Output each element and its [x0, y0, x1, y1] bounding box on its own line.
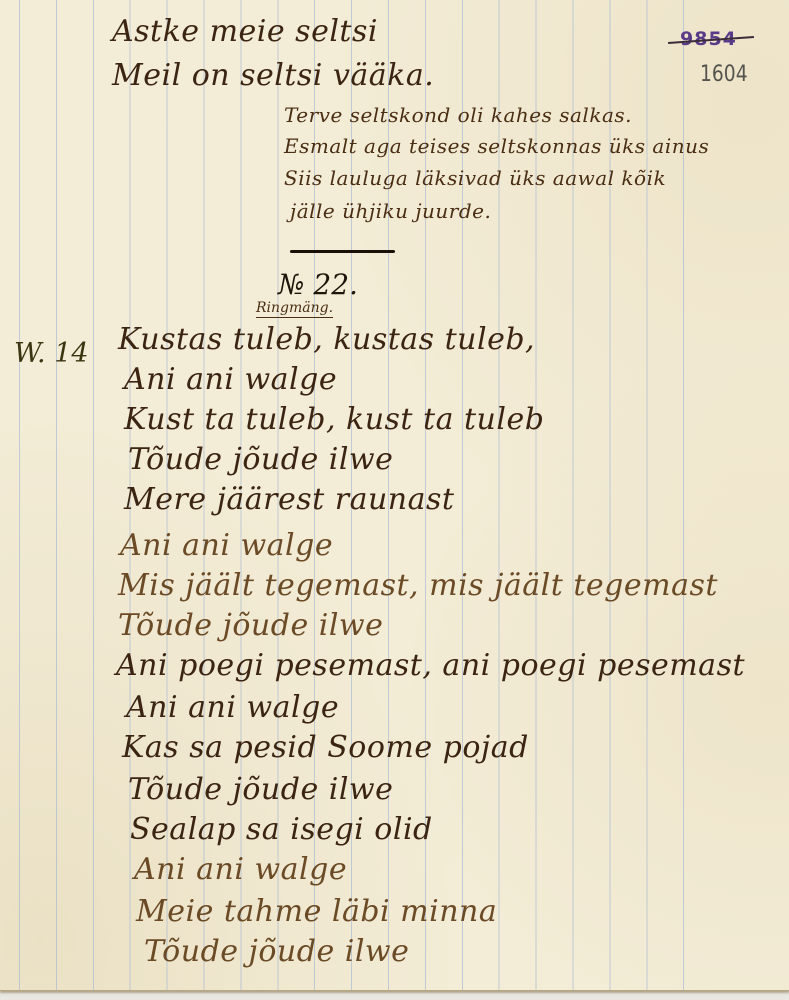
song-line: Ani ani walge: [120, 528, 333, 563]
note-line: Terve seltskond oli kahes salkas.: [284, 103, 632, 127]
song-line: Tõude jõude ilwe: [128, 442, 393, 477]
song-line: Ani ani walge: [134, 852, 347, 887]
song-line: Ani ani walge: [124, 362, 337, 397]
note-line: Siis lauluga läksivad üks aawal kõik: [284, 166, 666, 190]
pencil-page-number: 1604: [700, 62, 748, 87]
song-number: № 22.: [278, 268, 358, 301]
song-line: Meie tahme läbi minna: [136, 894, 497, 929]
song-line: Ani poegi pesemast, ani poegi pesemast: [116, 648, 745, 683]
note-line: Esmalt aga teises seltskonnas üks ainus: [284, 134, 709, 158]
song-line: Tõude jõude ilwe: [118, 608, 383, 643]
verse-line: Meil on seltsi vääka.: [112, 58, 434, 93]
song-line: Tõude jõude ilwe: [144, 934, 409, 969]
song-line: Mis jäält tegemast, mis jäält tegemast: [118, 568, 718, 603]
note-line: jälle ühjiku juurde.: [290, 199, 491, 223]
song-line: Sealap sa isegi olid: [130, 812, 433, 847]
song-line: Kustas tuleb, kustas tuleb,: [118, 322, 535, 357]
verse-line: Astke meie seltsi: [112, 14, 378, 49]
song-line: Mere jäärest raunast: [124, 482, 454, 517]
manuscript-page: 9854 1604 Astke meie seltsi Meil on selt…: [0, 0, 789, 991]
song-subtitle: Ringmäng.: [256, 300, 333, 318]
section-divider: [290, 250, 395, 253]
song-line: Tõude jõude ilwe: [128, 772, 393, 807]
song-line: Kust ta tuleb, kust ta tuleb: [124, 402, 544, 437]
song-line: Ani ani walge: [126, 690, 339, 725]
margin-note: W. 14: [14, 338, 89, 369]
song-line: Kas sa pesid Soome pojad: [122, 730, 529, 765]
